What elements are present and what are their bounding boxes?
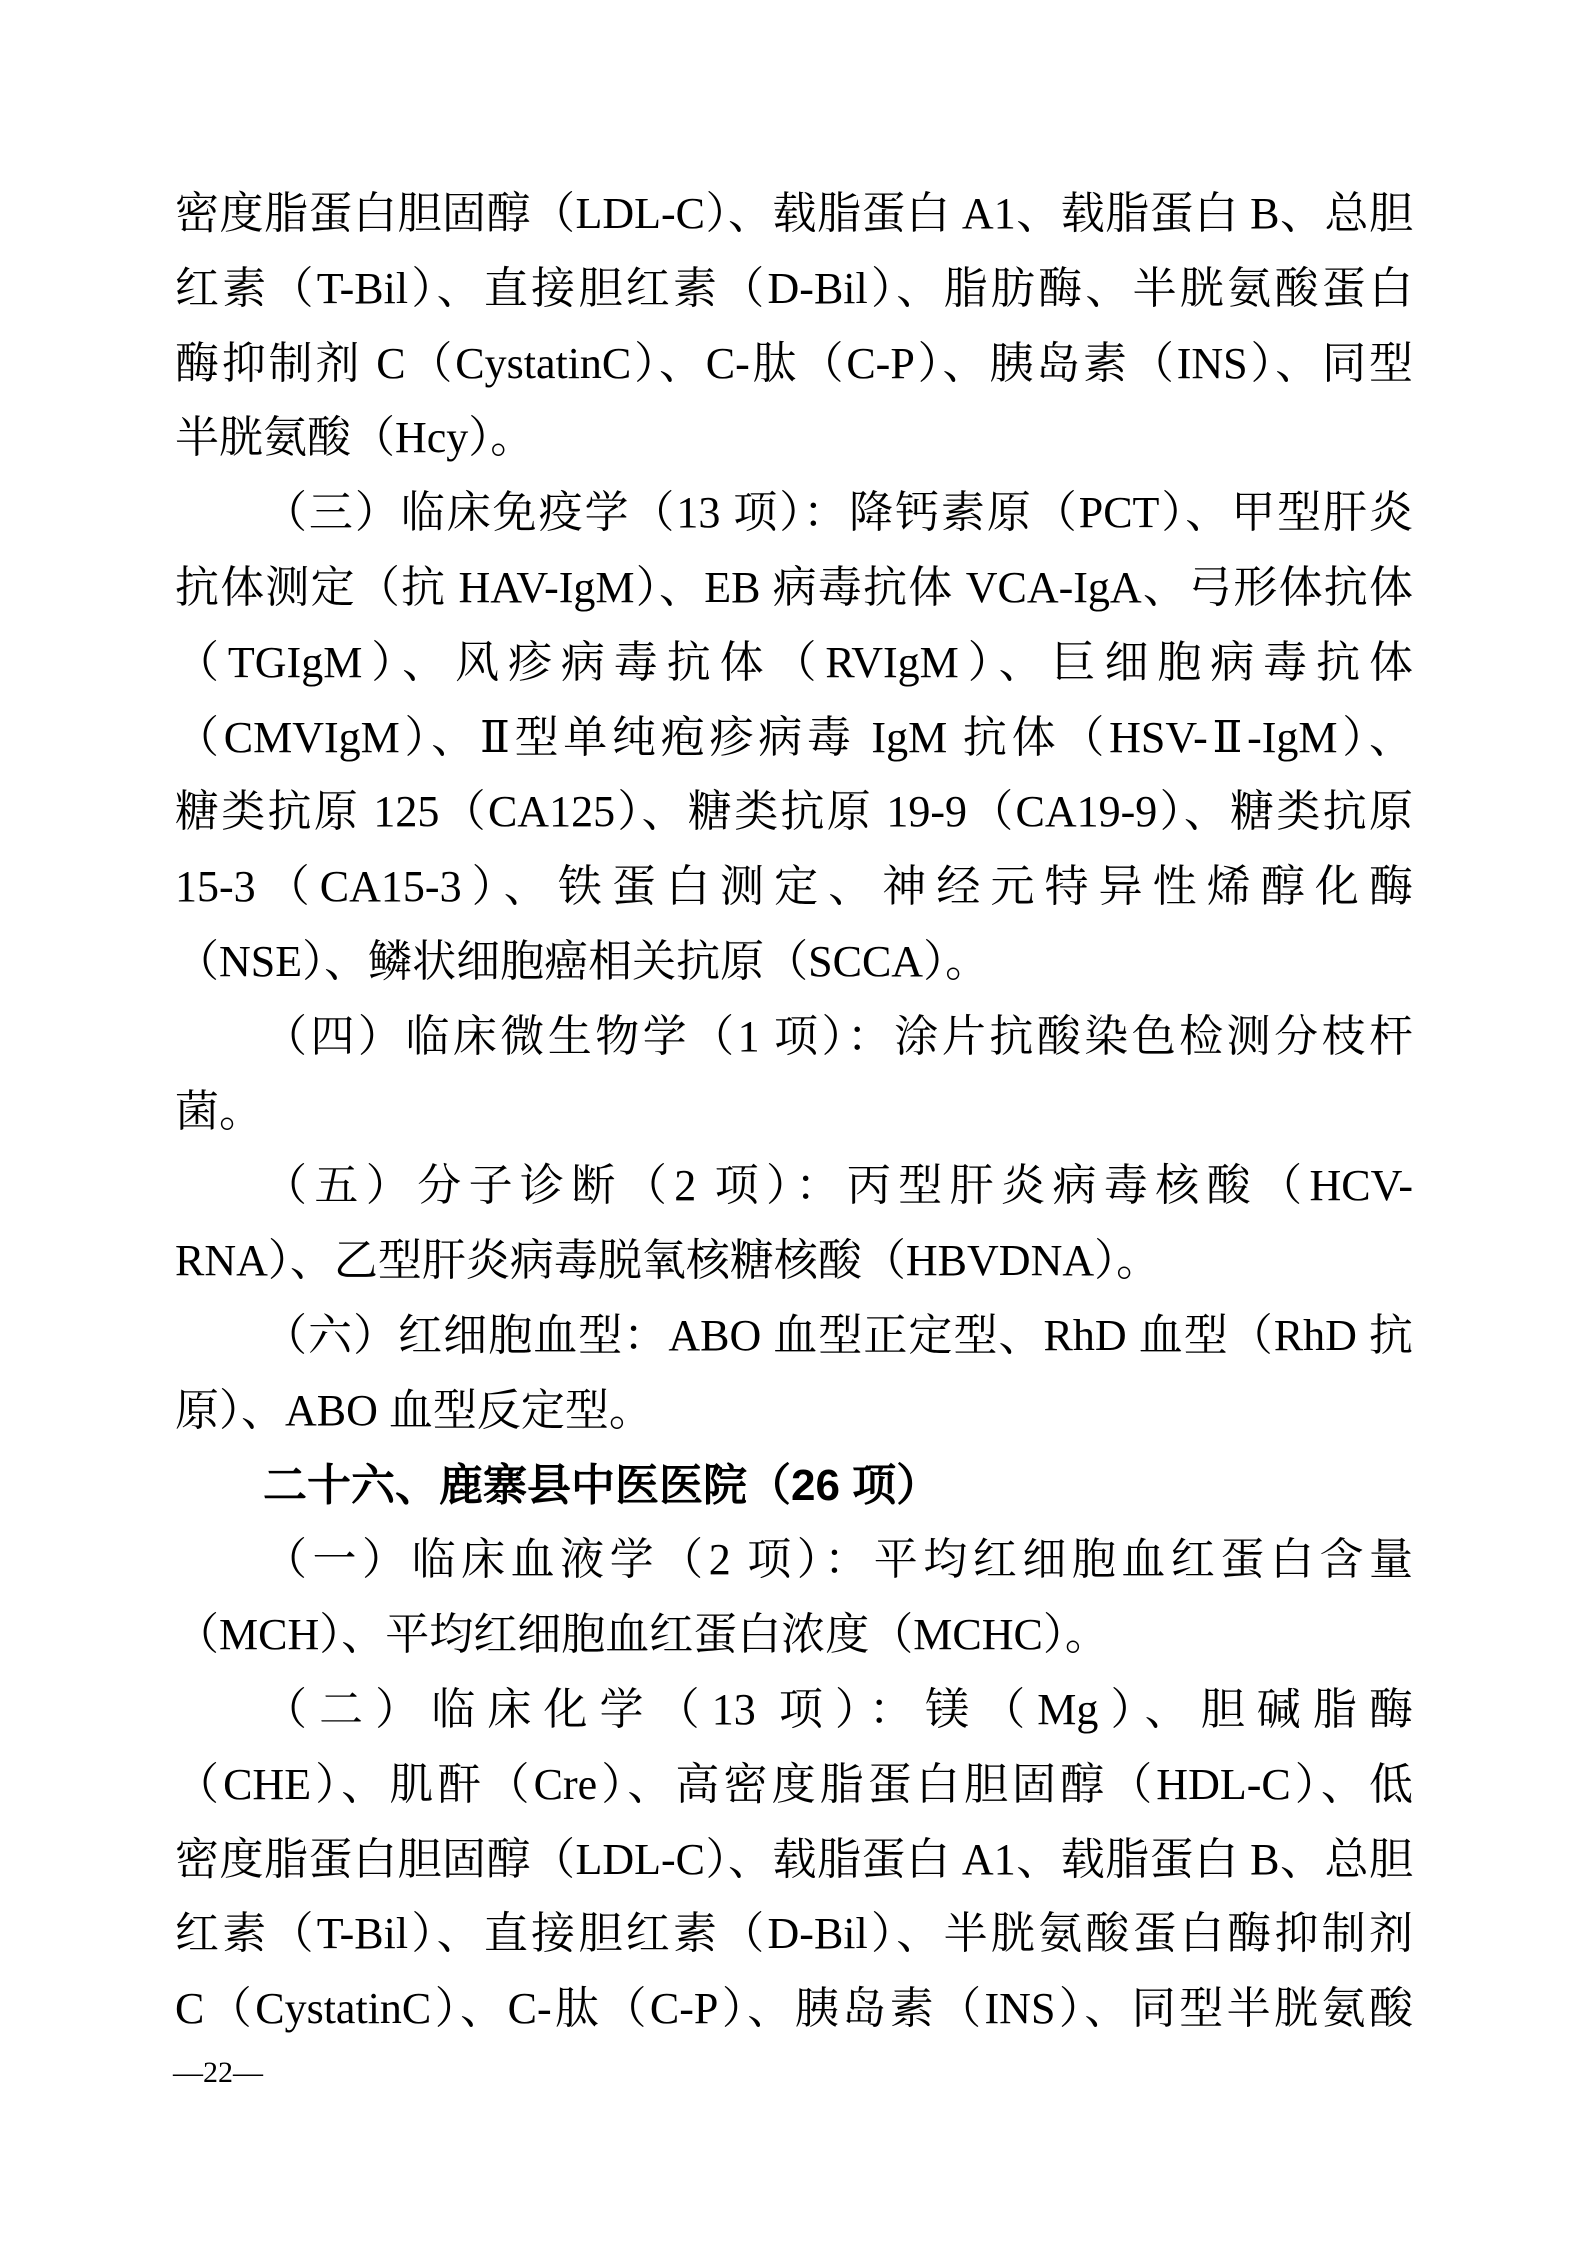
- document-body: 密度脂蛋白胆固醇（LDL-C）、载脂蛋白 A1、载脂蛋白 B、总胆 红素（T-B…: [175, 177, 1413, 2047]
- text-line: （六）红细胞血型：ABO 血型正定型、RhD 血型（RhD 抗: [175, 1299, 1413, 1374]
- text-line: （CMVIgM）、Ⅱ型单纯疱疹病毒 IgM 抗体（HSV-Ⅱ-IgM）、: [175, 701, 1413, 776]
- text-line: 密度脂蛋白胆固醇（LDL-C）、载脂蛋白 A1、载脂蛋白 B、总胆: [175, 1823, 1413, 1898]
- text-line: 红素（T-Bil）、直接胆红素（D-Bil）、脂肪酶、半胱氨酸蛋白: [175, 252, 1413, 327]
- document-page: 密度脂蛋白胆固醇（LDL-C）、载脂蛋白 A1、载脂蛋白 B、总胆 红素（T-B…: [0, 0, 1588, 2245]
- text-line: 半胱氨酸（Hcy）。: [175, 401, 1413, 476]
- text-line: （三）临床免疫学（13 项）：降钙素原（PCT）、甲型肝炎: [175, 476, 1413, 551]
- text-line: 抗体测定（抗 HAV-IgM）、EB 病毒抗体 VCA-IgA、弓形体抗体: [175, 551, 1413, 626]
- text-line: 糖类抗原 125（CA125）、糖类抗原 19-9（CA19-9）、糖类抗原: [175, 775, 1413, 850]
- text-line: 原）、ABO 血型反定型。: [175, 1374, 1413, 1449]
- text-line: （五）分子诊断（2 项）：丙型肝炎病毒核酸（HCV-: [175, 1149, 1413, 1224]
- text-line: （TGIgM）、风疹病毒抗体（RVIgM）、巨细胞病毒抗体: [175, 626, 1413, 701]
- text-line: 酶抑制剂 C（CystatinC）、C-肽（C-P）、胰岛素（INS）、同型: [175, 327, 1413, 402]
- text-line: （四）临床微生物学（1 项）：涂片抗酸染色检测分枝杆: [175, 1000, 1413, 1075]
- text-line: （NSE）、鳞状细胞癌相关抗原（SCCA）。: [175, 925, 1413, 1000]
- text-line: C（CystatinC）、C-肽（C-P）、胰岛素（INS）、同型半胱氨酸: [175, 1972, 1413, 2047]
- text-line: 密度脂蛋白胆固醇（LDL-C）、载脂蛋白 A1、载脂蛋白 B、总胆: [175, 177, 1413, 252]
- text-line: RNA）、乙型肝炎病毒脱氧核糖核酸（HBVDNA）。: [175, 1224, 1413, 1299]
- text-line: 红素（T-Bil）、直接胆红素（D-Bil）、半胱氨酸蛋白酶抑制剂: [175, 1897, 1413, 1972]
- text-line: （二）临床化学（13 项）：镁（Mg）、胆碱脂酶: [175, 1673, 1413, 1748]
- text-line: （MCH）、平均红细胞血红蛋白浓度（MCHC）。: [175, 1598, 1413, 1673]
- text-line: （CHE）、肌酐（Cre）、高密度脂蛋白胆固醇（HDL-C）、低: [175, 1748, 1413, 1823]
- section-heading: 二十六、鹿寨县中医医院（26 项）: [175, 1449, 1413, 1524]
- page-number: —22—: [173, 2051, 263, 2095]
- text-line: （一）临床血液学（2 项）：平均红细胞血红蛋白含量: [175, 1523, 1413, 1598]
- text-line: 15-3（CA15-3）、铁蛋白测定、神经元特异性烯醇化酶: [175, 850, 1413, 925]
- text-line: 菌。: [175, 1075, 1413, 1150]
